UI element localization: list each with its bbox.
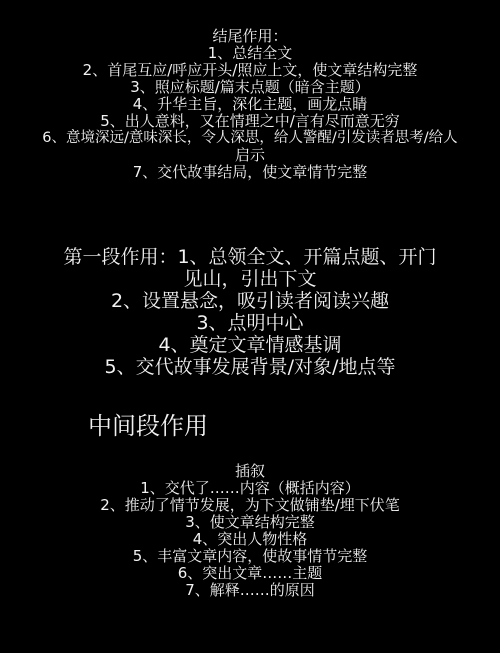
ending-item: 7、交代故事结局，使文章情节完整 <box>0 164 500 181</box>
first-paragraph-item: 见山，引出下文 <box>0 268 500 290</box>
ending-item-continuation: 启示 <box>0 147 500 164</box>
ending-item: 5、出人意料，又在情理之中/言有尽而意无穷 <box>0 113 500 130</box>
middle-subtitle: 插叙 <box>0 463 500 480</box>
first-paragraph-item: 4、奠定文章情感基调 <box>0 334 500 356</box>
ending-item: 2、首尾互应/呼应开头/照应上文，使文章结构完整 <box>0 62 500 79</box>
middle-item: 2、推动了情节发展，为下文做铺垫/埋下伏笔 <box>0 497 500 514</box>
middle-item: 1、交代了……内容（概括内容） <box>0 480 500 497</box>
ending-title: 结尾作用： <box>0 28 500 45</box>
ending-item: 3、照应标题/篇末点题（暗含主题） <box>0 79 500 96</box>
middle-item: 6、突出文章……主题 <box>0 565 500 582</box>
ending-item: 4、升华主旨，深化主题，画龙点睛 <box>0 96 500 113</box>
ending-item: 6、意境深远/意味深长，令人深思，给人警醒/引发读者思考/给人 <box>0 130 500 147</box>
first-paragraph-item: 2、设置悬念，吸引读者阅读兴趣 <box>0 290 500 312</box>
middle-item: 4、突出人物性格 <box>0 531 500 548</box>
ending-item: 1、总结全文 <box>0 45 500 62</box>
middle-item: 5、丰富文章内容，使故事情节完整 <box>0 548 500 565</box>
first-paragraph-item: 3、点明中心 <box>0 312 500 334</box>
middle-section-title: 中间段作用 <box>88 412 208 440</box>
first-paragraph-item: 5、交代故事发展背景/对象/地点等 <box>0 356 500 378</box>
middle-item: 7、解释……的原因 <box>0 582 500 599</box>
first-paragraph-title-line: 第一段作用：1、总领全文、开篇点题、开门 <box>0 246 500 268</box>
middle-item: 3、使文章结构完整 <box>0 514 500 531</box>
